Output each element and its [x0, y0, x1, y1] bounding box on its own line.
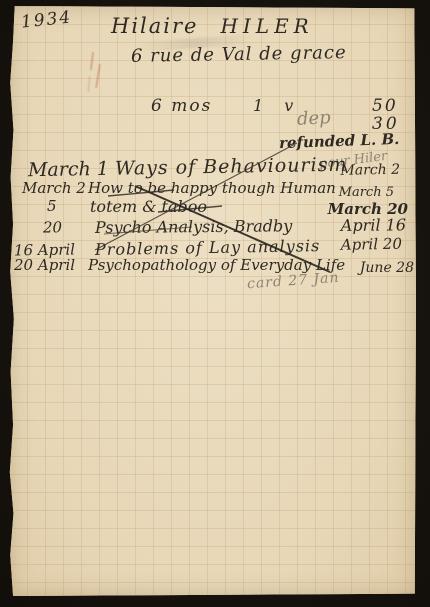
subscription-volumes: 1 v	[253, 98, 301, 114]
borrow-date: 20 April	[14, 258, 75, 273]
red-ink-smudge	[87, 50, 107, 98]
member-family-name: HILER	[220, 14, 313, 38]
return-date: March 5	[339, 186, 394, 199]
borrow-date: 5	[47, 199, 57, 214]
book-title: totem & taboo	[90, 199, 207, 215]
borrow-row: 20 April Psychopathology of Everyday Lif…	[9, 258, 416, 280]
member-given-name: Hilaire	[111, 14, 198, 38]
return-date: June 28	[360, 261, 414, 275]
refund-note: refunded L. B.	[279, 132, 400, 151]
book-title: Psycho Analysis, Bradby	[95, 218, 292, 236]
subscription-duration: 6 mos	[151, 98, 212, 115]
return-date: April 20	[341, 237, 402, 253]
book-title: How to be happy though Human	[88, 181, 336, 196]
subscription-amount: 50	[372, 98, 398, 115]
scan-background: 1934 HilaireHILER 6 rue de Val de grace …	[0, 0, 430, 607]
member-name: HilaireHILER	[111, 16, 314, 37]
borrow-date: March 1	[28, 160, 109, 180]
book-title: Ways of Behaviourism	[115, 156, 348, 179]
member-address: 6 rue de Val de grace	[131, 44, 347, 66]
year-label: 1934	[20, 9, 73, 31]
borrow-date: March 2	[22, 181, 86, 196]
library-card: 1934 HilaireHILER 6 rue de Val de grace …	[9, 6, 416, 596]
return-date: March 2	[340, 163, 400, 178]
deposit-label: dep	[297, 109, 332, 129]
return-date: April 16	[341, 217, 406, 234]
borrow-date: 20	[43, 220, 62, 235]
book-title: Psychopathology of Everyday Life	[88, 258, 345, 273]
strike-marks	[9, 6, 416, 596]
